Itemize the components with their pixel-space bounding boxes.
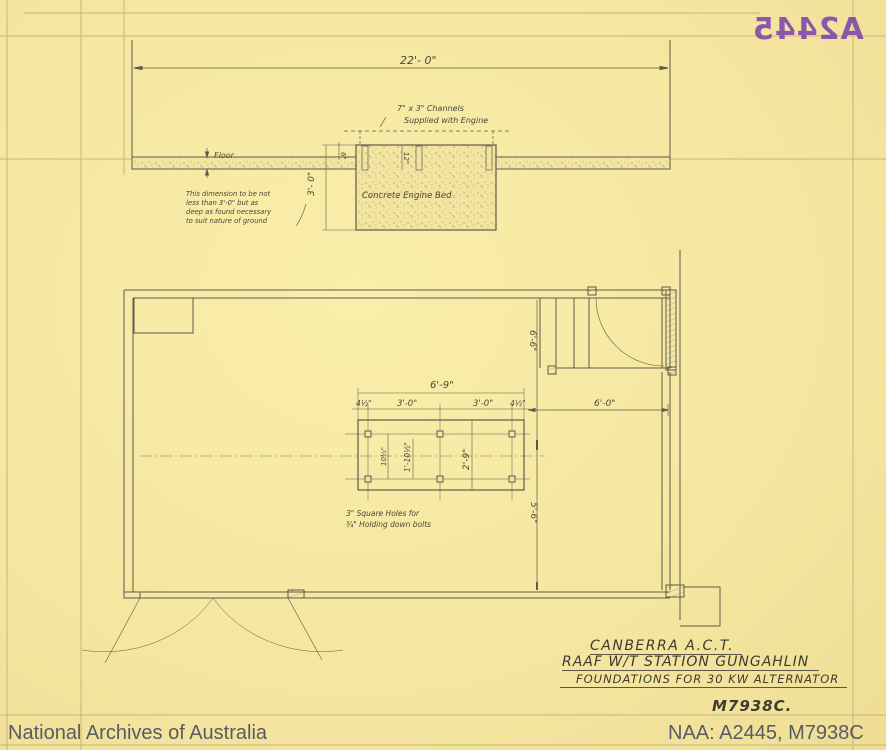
bolt-depth-dim: 12" xyxy=(402,152,410,164)
room-dim-top: 6'-6" xyxy=(527,330,537,351)
plan-labels: 6'-9" 4½" 3'-0" 3'-0" 4½" 10½" 1'-10½" 2… xyxy=(346,330,615,529)
floor-label: Floor xyxy=(214,151,235,160)
depth-note-1: This dimension to be not xyxy=(186,190,271,198)
slab-dim: 6" xyxy=(339,152,347,160)
archive-credit: National Archives of Australia xyxy=(8,722,267,745)
archive-reference: NAA: A2445, M7938C xyxy=(668,722,864,745)
bed-label: Concrete Engine Bed xyxy=(362,191,452,201)
drawing-number: M7938C. xyxy=(712,697,792,715)
floor-plan xyxy=(82,250,720,663)
spacing-left-dim: 3'-0" xyxy=(397,399,417,409)
bed-width-dim: 2'-9" xyxy=(462,449,472,470)
depth-note-3: deep as found necessary xyxy=(186,208,272,216)
section-labels: 22'- 0" 7" x 3" Channels Supplied with E… xyxy=(186,54,488,225)
channels-note-2: Supplied with Engine xyxy=(404,116,488,125)
title-line-1: CANBERRA A.C.T. xyxy=(590,638,742,655)
depth-note-4: to suit nature of ground xyxy=(186,217,268,225)
depth-dim: 3'- 0" xyxy=(307,172,317,196)
spacing-right-dim: 3'-0" xyxy=(473,399,493,409)
room-dim-bottom: 5'-6" xyxy=(528,502,538,523)
bolt-offset-dim: 10½" xyxy=(380,447,388,466)
room-dim-right: 6'-0" xyxy=(594,399,615,409)
holes-note-1: 3" Square Holes for xyxy=(346,509,420,518)
channels-note: 7" x 3" Channels xyxy=(397,104,464,113)
title-line-2: RAAF W/T STATION GUNGAHLIN xyxy=(562,654,819,671)
holes-note-2: ¾" Holding down bolts xyxy=(346,520,431,529)
depth-note-2: less than 3'-0" but as xyxy=(186,199,259,207)
technical-drawing: 22'- 0" 7" x 3" Channels Supplied with E… xyxy=(0,0,886,750)
edge-left-dim: 4½" xyxy=(356,399,372,408)
bed-length-dim: 6'-9" xyxy=(430,380,454,391)
title-line-3: FOUNDATIONS FOR 30 KW ALTERNATOR xyxy=(560,672,847,688)
overall-dimension: 22'- 0" xyxy=(400,54,437,67)
bolt-spacing-dim: 1'-10½" xyxy=(403,442,412,472)
edge-right-dim: 4½" xyxy=(510,399,526,408)
archive-stamp: A2445 xyxy=(752,12,864,47)
